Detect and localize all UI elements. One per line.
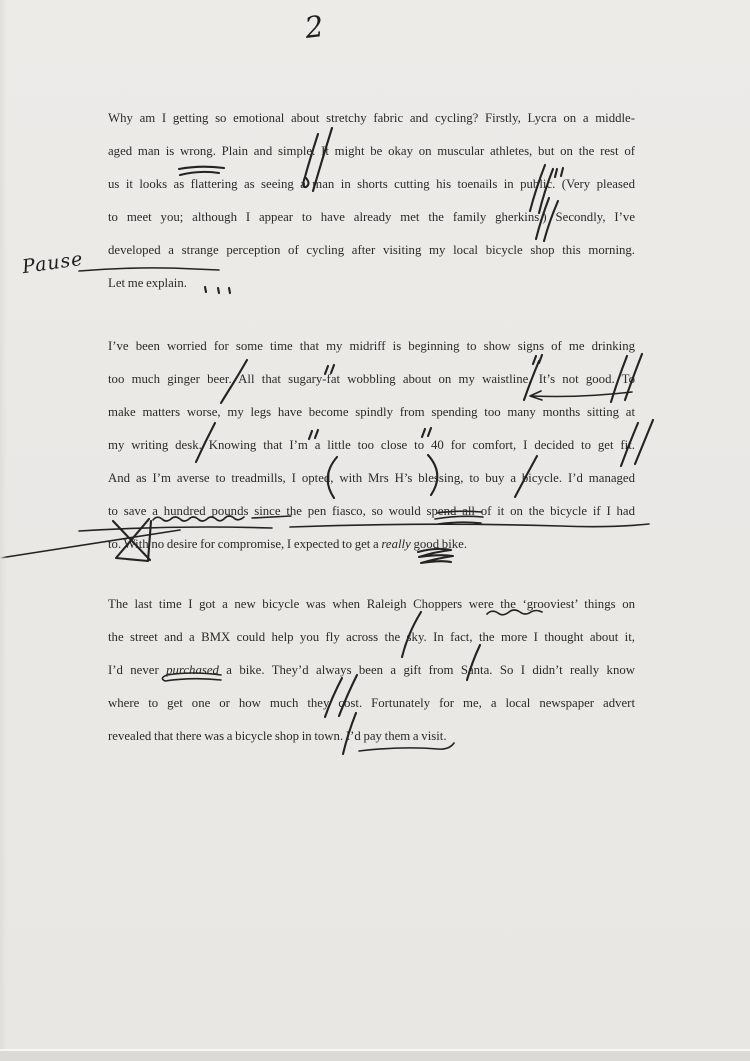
forty-quote-mark — [422, 428, 431, 437]
scan-edge-strip — [0, 1051, 750, 1061]
allofit-underline-mark — [435, 511, 483, 524]
explain-dots-mark — [205, 287, 230, 293]
notgood-underline-mark — [530, 391, 632, 400]
wrong-underline-mark — [179, 167, 224, 175]
blessing-paren-marks — [328, 455, 438, 498]
bicycle-slash-mark — [515, 456, 537, 497]
town-slash-mark — [343, 713, 356, 754]
desk-slash-mark — [196, 423, 215, 462]
im-quote-mark — [309, 430, 318, 439]
manuscript-page: 2 Why am I getting so emotional about st… — [0, 0, 750, 1061]
gherkins-slash-mark — [536, 198, 558, 241]
wobbling-quote-mark — [325, 365, 334, 374]
edge-line-mark — [0, 530, 180, 558]
fit-doubleslash-mark — [621, 420, 653, 466]
page-edge-shading — [0, 0, 7, 1061]
visit-underline-mark — [359, 743, 454, 751]
to-doubleslash-mark — [611, 354, 642, 402]
sky-slash-mark — [402, 612, 421, 657]
simple-slash-mark — [303, 128, 332, 191]
pounds-wavy-underline-mark — [153, 516, 291, 521]
really-scribble-mark — [418, 549, 453, 563]
purchased-underline-mark — [162, 673, 221, 681]
pause-underline-mark — [79, 268, 219, 271]
beer-slash-mark — [221, 360, 247, 403]
ink-annotations — [0, 0, 750, 1061]
cost-doubleslash-mark — [325, 675, 357, 717]
waistline-quote-slash-mark — [524, 355, 542, 400]
grooviest-wavy-mark — [487, 610, 542, 615]
santa-slash-mark — [467, 645, 480, 680]
longline-right-mark — [290, 524, 649, 527]
